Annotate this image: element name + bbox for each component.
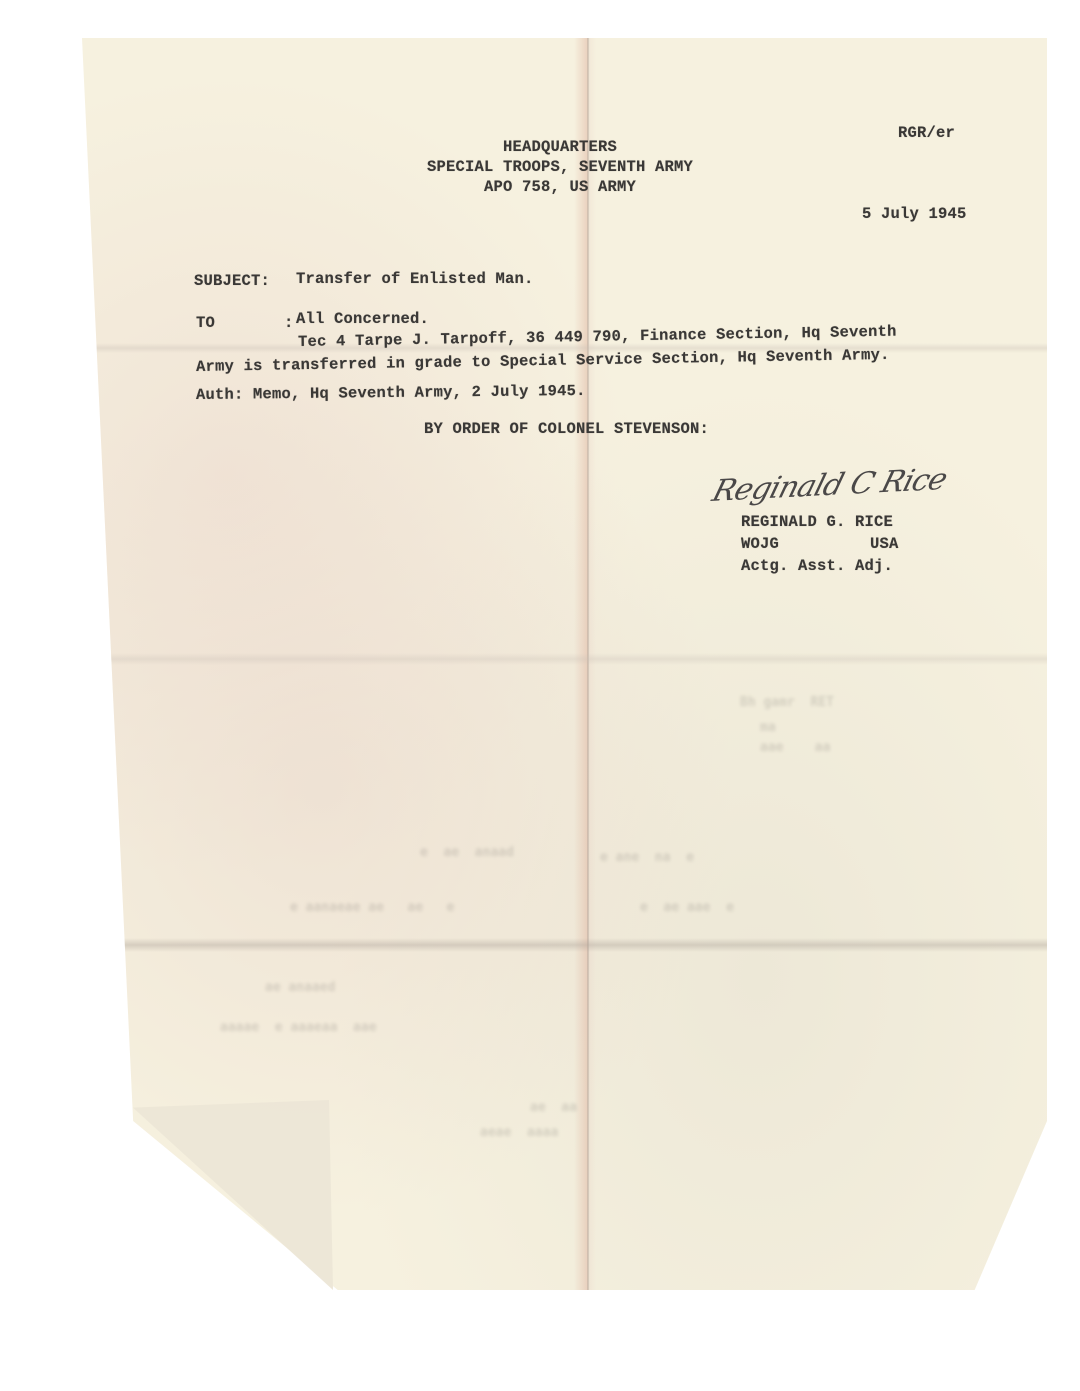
to-separator: : <box>284 314 294 332</box>
horizontal-fold-crease <box>82 653 1047 665</box>
signatory-title: Actg. Asst. Adj. <box>741 557 893 575</box>
to-recipient: All Concerned. <box>296 310 429 328</box>
subject-label: SUBJECT: <box>194 272 270 290</box>
letterhead-line-3: APO 758, US ARMY <box>400 178 720 196</box>
document-date: 5 July 1945 <box>862 205 967 223</box>
signatory-branch: USA <box>870 535 899 553</box>
bleed-through-text: e ae anaad <box>420 845 514 860</box>
reference-initials: RGR/er <box>898 124 955 142</box>
bleed-through-text: ae anaaed <box>265 980 335 995</box>
bleed-through-text: Bh gamr RET <box>740 695 834 710</box>
order-line: BY ORDER OF COLONEL STEVENSON: <box>424 420 709 438</box>
bleed-through-text: e aanaeae ae ae e <box>290 900 454 915</box>
to-label: TO <box>196 314 215 332</box>
signatory-rank: WOJG <box>741 535 779 553</box>
letterhead-line-2: SPECIAL TROOPS, SEVENTH ARMY <box>400 158 720 176</box>
bleed-through-text: e ae aae e <box>640 900 734 915</box>
bleed-through-text: e ane na e <box>600 850 694 865</box>
signatory-name: REGINALD G. RICE <box>741 513 893 531</box>
subject-text: Transfer of Enlisted Man. <box>296 270 534 288</box>
bleed-through-text: aeae aaaa <box>480 1125 558 1140</box>
letterhead-line-1: HEADQUARTERS <box>400 138 720 156</box>
folded-corner <box>133 1100 333 1290</box>
bleed-through-text: aae aa <box>760 740 830 755</box>
bleed-through-text: ma <box>760 720 791 735</box>
bleed-through-text: ae aa <box>530 1100 577 1115</box>
bleed-through-text: aaaae e aaaeaa aae <box>220 1020 377 1035</box>
horizontal-fold-crease <box>82 938 1047 952</box>
